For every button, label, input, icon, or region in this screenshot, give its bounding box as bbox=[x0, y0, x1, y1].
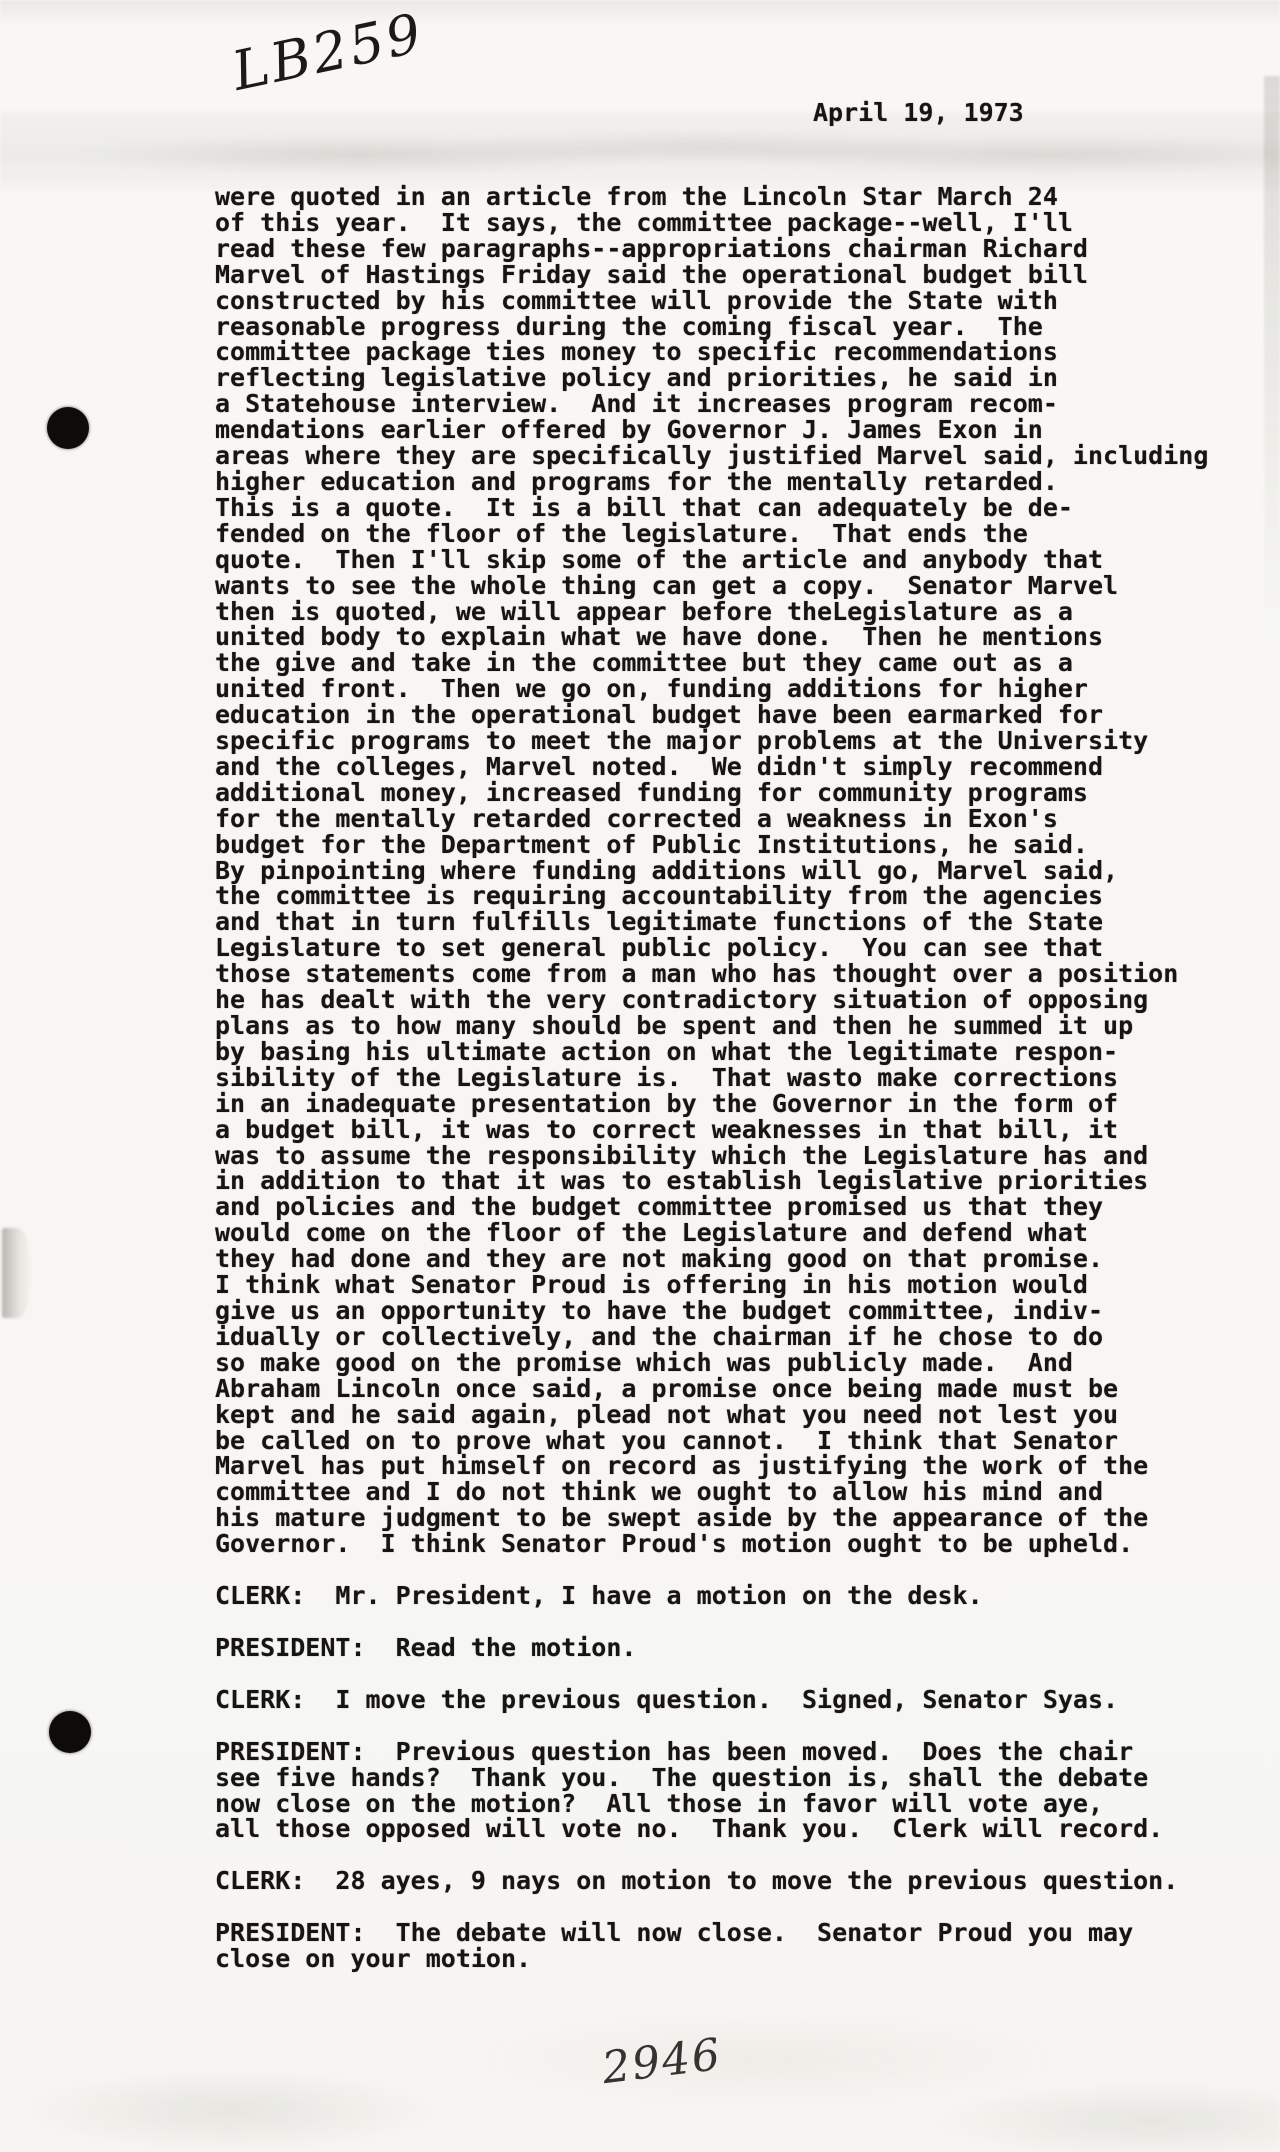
transcript-line: Marvel has put himself on record as just… bbox=[215, 1453, 1208, 1479]
transcript-line: of this year. It says, the committee pac… bbox=[215, 210, 1208, 236]
scan-smudge-right-edge bbox=[1264, 76, 1280, 636]
transcript-paragraph: PRESIDENT: Previous question has been mo… bbox=[215, 1739, 1208, 1843]
transcript-line: committee package ties money to specific… bbox=[215, 339, 1208, 365]
transcript-line: and policies and the budget committee pr… bbox=[215, 1194, 1208, 1220]
transcript-line: a Statehouse interview. And it increases… bbox=[215, 391, 1208, 417]
transcript-line: budget for the Department of Public Inst… bbox=[215, 832, 1208, 858]
transcript-line: mendations earlier offered by Governor J… bbox=[215, 417, 1208, 443]
transcript-line: he has dealt with the very contradictory… bbox=[215, 987, 1208, 1013]
transcript-line: his mature judgment to be swept aside by… bbox=[215, 1505, 1208, 1531]
transcript-line: and the colleges, Marvel noted. We didn'… bbox=[215, 754, 1208, 780]
transcript-line: close on your motion. bbox=[215, 1946, 1208, 1972]
transcript-line: areas where they are specifically justif… bbox=[215, 443, 1208, 469]
transcript-line: then is quoted, we will appear before th… bbox=[215, 599, 1208, 625]
transcript-line: so make good on the promise which was pu… bbox=[215, 1350, 1208, 1376]
transcript-line: the give and take in the committee but t… bbox=[215, 650, 1208, 676]
transcript-line: PRESIDENT: Read the motion. bbox=[215, 1635, 1208, 1661]
transcript-line: CLERK: I move the previous question. Sig… bbox=[215, 1687, 1208, 1713]
scan-smudge-top-edge bbox=[0, 0, 1280, 26]
transcript-line: be called on to prove what you cannot. I… bbox=[215, 1428, 1208, 1454]
scan-smudge-left-edge bbox=[2, 1228, 32, 1318]
transcript-line: constructed by his committee will provid… bbox=[215, 288, 1208, 314]
transcript-line: quote. Then I'll skip some of the articl… bbox=[215, 547, 1208, 573]
transcript-line: By pinpointing where funding additions w… bbox=[215, 858, 1208, 884]
transcript-line: in addition to that it was to establish … bbox=[215, 1168, 1208, 1194]
hole-punch-mark-bottom bbox=[49, 1711, 91, 1753]
transcript-paragraph: PRESIDENT: Read the motion. bbox=[215, 1635, 1208, 1661]
scanned-transcript-page: LB259 April 19, 1973 were quoted in an a… bbox=[0, 0, 1280, 2152]
transcript-line: was to assume the responsibility which t… bbox=[215, 1143, 1208, 1169]
transcript-line: in an inadequate presentation by the Gov… bbox=[215, 1091, 1208, 1117]
transcript-line: Governor. I think Senator Proud's motion… bbox=[215, 1531, 1208, 1557]
transcript-text: were quoted in an article from the Linco… bbox=[215, 184, 1208, 1998]
transcript-line: committee and I do not think we ought to… bbox=[215, 1479, 1208, 1505]
hole-punch-mark-top bbox=[47, 407, 89, 449]
document-date: April 19, 1973 bbox=[813, 100, 1024, 126]
transcript-line: PRESIDENT: The debate will now close. Se… bbox=[215, 1920, 1208, 1946]
transcript-line: they had done and they are not making go… bbox=[215, 1246, 1208, 1272]
transcript-paragraph: were quoted in an article from the Linco… bbox=[215, 184, 1208, 1557]
transcript-line: CLERK: 28 ayes, 9 nays on motion to move… bbox=[215, 1868, 1208, 1894]
transcript-line: by basing his ultimate action on what th… bbox=[215, 1039, 1208, 1065]
transcript-line: Marvel of Hastings Friday said the opera… bbox=[215, 262, 1208, 288]
transcript-line: reasonable progress during the coming fi… bbox=[215, 314, 1208, 340]
transcript-paragraph: CLERK: Mr. President, I have a motion on… bbox=[215, 1583, 1208, 1609]
transcript-line: those statements come from a man who has… bbox=[215, 961, 1208, 987]
transcript-line: fended on the floor of the legislature. … bbox=[215, 521, 1208, 547]
transcript-line: This is a quote. It is a bill that can a… bbox=[215, 495, 1208, 521]
transcript-line: Legislature to set general public policy… bbox=[215, 935, 1208, 961]
transcript-line: a budget bill, it was to correct weaknes… bbox=[215, 1117, 1208, 1143]
transcript-line: the committee is requiring accountabilit… bbox=[215, 883, 1208, 909]
transcript-paragraph: CLERK: 28 ayes, 9 nays on motion to move… bbox=[215, 1868, 1208, 1894]
transcript-line: higher education and programs for the me… bbox=[215, 469, 1208, 495]
transcript-line: united body to explain what we have done… bbox=[215, 624, 1208, 650]
transcript-line: all those opposed will vote no. Thank yo… bbox=[215, 1816, 1208, 1842]
scan-smudge-band bbox=[0, 112, 1280, 190]
transcript-line: reflecting legislative policy and priori… bbox=[215, 365, 1208, 391]
transcript-line: for the mentally retarded corrected a we… bbox=[215, 806, 1208, 832]
transcript-line: were quoted in an article from the Linco… bbox=[215, 184, 1208, 210]
transcript-line: Abraham Lincoln once said, a promise onc… bbox=[215, 1376, 1208, 1402]
transcript-line: I think what Senator Proud is offering i… bbox=[215, 1272, 1208, 1298]
transcript-line: give us an opportunity to have the budge… bbox=[215, 1298, 1208, 1324]
transcript-line: united front. Then we go on, funding add… bbox=[215, 676, 1208, 702]
transcript-line: read these few paragraphs--appropriation… bbox=[215, 236, 1208, 262]
transcript-paragraph: PRESIDENT: The debate will now close. Se… bbox=[215, 1920, 1208, 1972]
transcript-line: see five hands? Thank you. The question … bbox=[215, 1765, 1208, 1791]
transcript-line: would come on the floor of the Legislatu… bbox=[215, 1220, 1208, 1246]
transcript-line: PRESIDENT: Previous question has been mo… bbox=[215, 1739, 1208, 1765]
transcript-line: wants to see the whole thing can get a c… bbox=[215, 573, 1208, 599]
transcript-line: and that in turn fulfills legitimate fun… bbox=[215, 909, 1208, 935]
transcript-line: education in the operational budget have… bbox=[215, 702, 1208, 728]
transcript-line: CLERK: Mr. President, I have a motion on… bbox=[215, 1583, 1208, 1609]
transcript-line: additional money, increased funding for … bbox=[215, 780, 1208, 806]
transcript-paragraph: CLERK: I move the previous question. Sig… bbox=[215, 1687, 1208, 1713]
transcript-line: sibility of the Legislature is. That was… bbox=[215, 1065, 1208, 1091]
transcript-line: specific programs to meet the major prob… bbox=[215, 728, 1208, 754]
transcript-line: idually or collectively, and the chairma… bbox=[215, 1324, 1208, 1350]
handwritten-page-number: 2946 bbox=[599, 2029, 724, 2094]
transcript-line: plans as to how many should be spent and… bbox=[215, 1013, 1208, 1039]
transcript-line: kept and he said again, plead not what y… bbox=[215, 1402, 1208, 1428]
handwritten-bill-number: LB259 bbox=[227, 1, 429, 103]
transcript-line: now close on the motion? All those in fa… bbox=[215, 1791, 1208, 1817]
